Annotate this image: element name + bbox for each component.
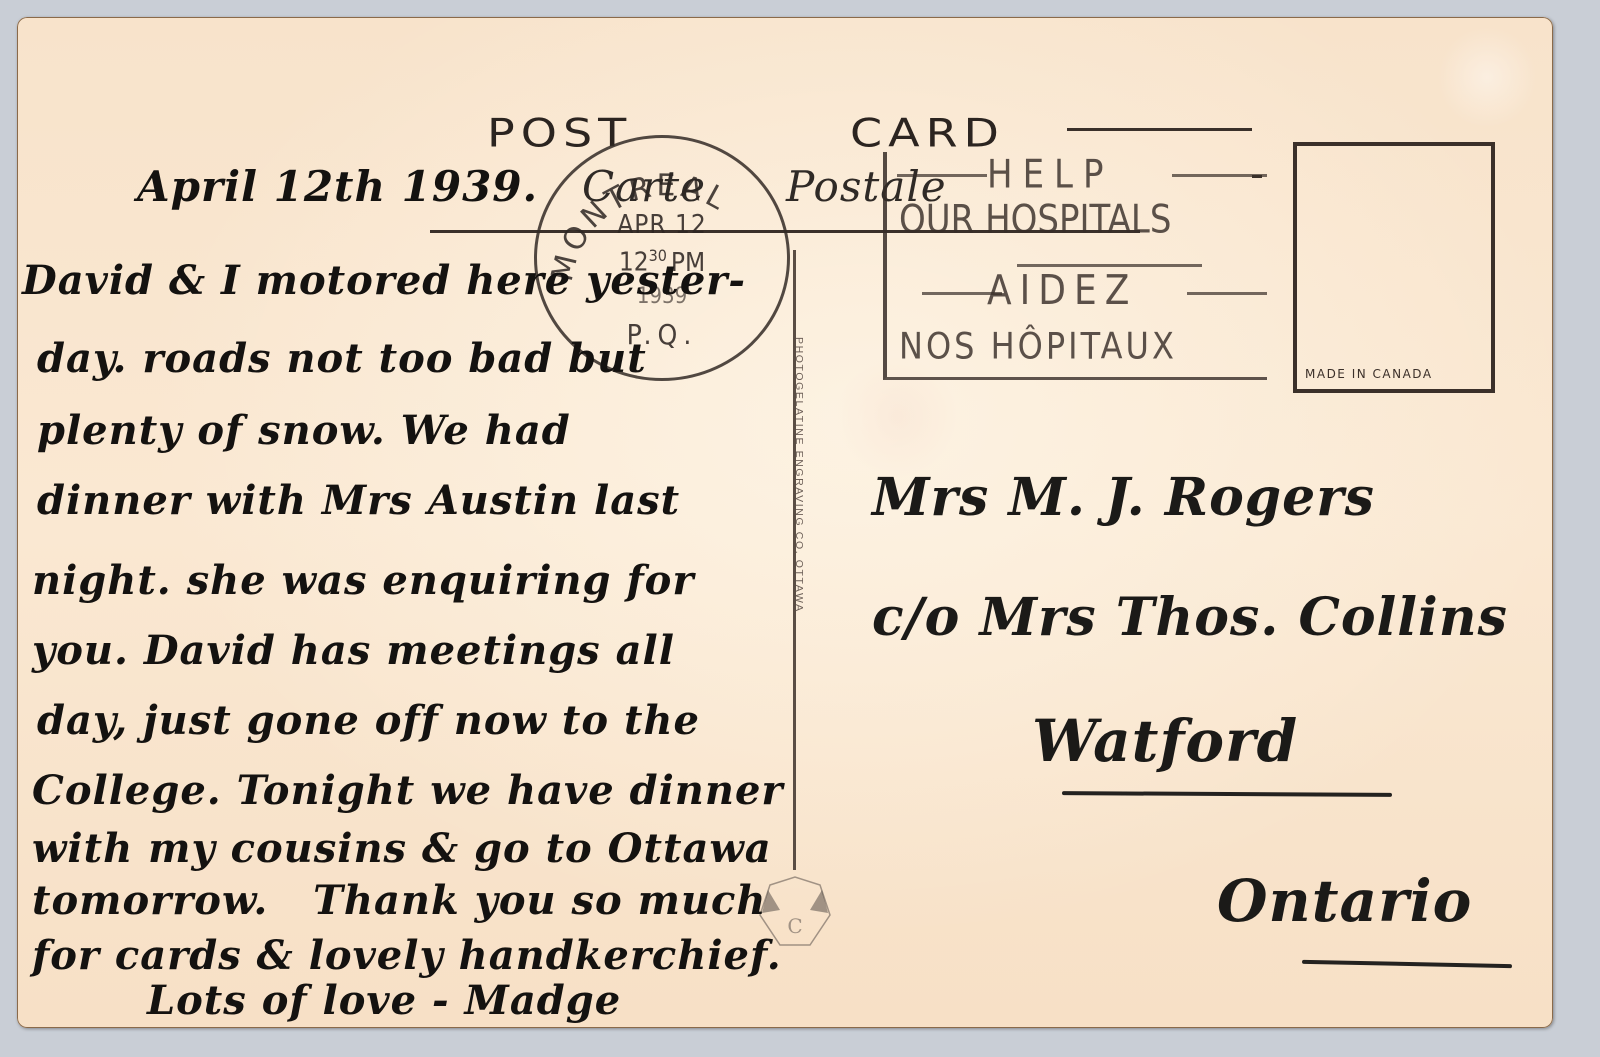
message-line: plenty of snow. We had	[37, 407, 571, 454]
slogan-dash	[922, 292, 1002, 295]
slogan-dash	[897, 174, 987, 177]
message-date: April 12th 1939.	[137, 162, 538, 211]
card-title: CARD	[850, 110, 1005, 156]
slogan-help: HELP	[987, 152, 1114, 198]
message-line: you. David has meetings all	[32, 627, 675, 674]
message-line: dinner with Mrs Austin last	[37, 477, 680, 524]
address-town: Watford	[1032, 707, 1298, 775]
message-line: tomorrow. Thank you so much	[32, 877, 767, 924]
message-line: David & I motored here yester-	[22, 257, 746, 304]
address-province: Ontario	[1217, 867, 1472, 935]
printer-credit: PHOTOGELATINE ENGRAVING CO. OTTAWA	[785, 337, 805, 613]
header-rule	[1067, 128, 1252, 131]
message-line: with my cousins & go to Ottawa	[32, 825, 772, 872]
slogan-dash-end	[1252, 175, 1262, 178]
address-care-of: c/o Mrs Thos. Collins	[872, 587, 1508, 648]
province-underline	[1302, 960, 1512, 968]
message-line: College. Tonight we have dinner	[32, 767, 784, 814]
message-signature: Lots of love - Madge	[147, 977, 621, 1024]
made-in-canada-label: MADE IN CANADA	[1305, 367, 1433, 381]
message-line: for cards & lovely handkerchief.	[32, 932, 782, 979]
slogan-aidez: AIDEZ	[987, 267, 1137, 314]
message-line: day, just gone off now to the	[37, 697, 700, 744]
message-line: day. roads not too bad but	[37, 335, 647, 382]
stamp-box: MADE IN CANADA	[1293, 142, 1495, 393]
slogan-our-hospitals: OUR HOSPITALS	[899, 197, 1171, 243]
postcard: POST CARD CartePostale PHOTOGELATINE ENG…	[17, 17, 1553, 1028]
address-recipient: Mrs M. J. Rogers	[872, 467, 1375, 528]
slogan-dash	[1187, 292, 1267, 295]
svg-text:C: C	[787, 914, 802, 938]
postmark-date: APR 12	[537, 210, 787, 240]
slogan-nos-hopitaux: NOS HÔPITAUX	[899, 324, 1177, 368]
message-line: night. she was enquiring for	[32, 557, 694, 604]
town-underline	[1062, 791, 1392, 797]
cancellation-slogan: HELP OUR HOSPITALS AIDEZ NOS HÔPITAUX	[883, 152, 1267, 380]
